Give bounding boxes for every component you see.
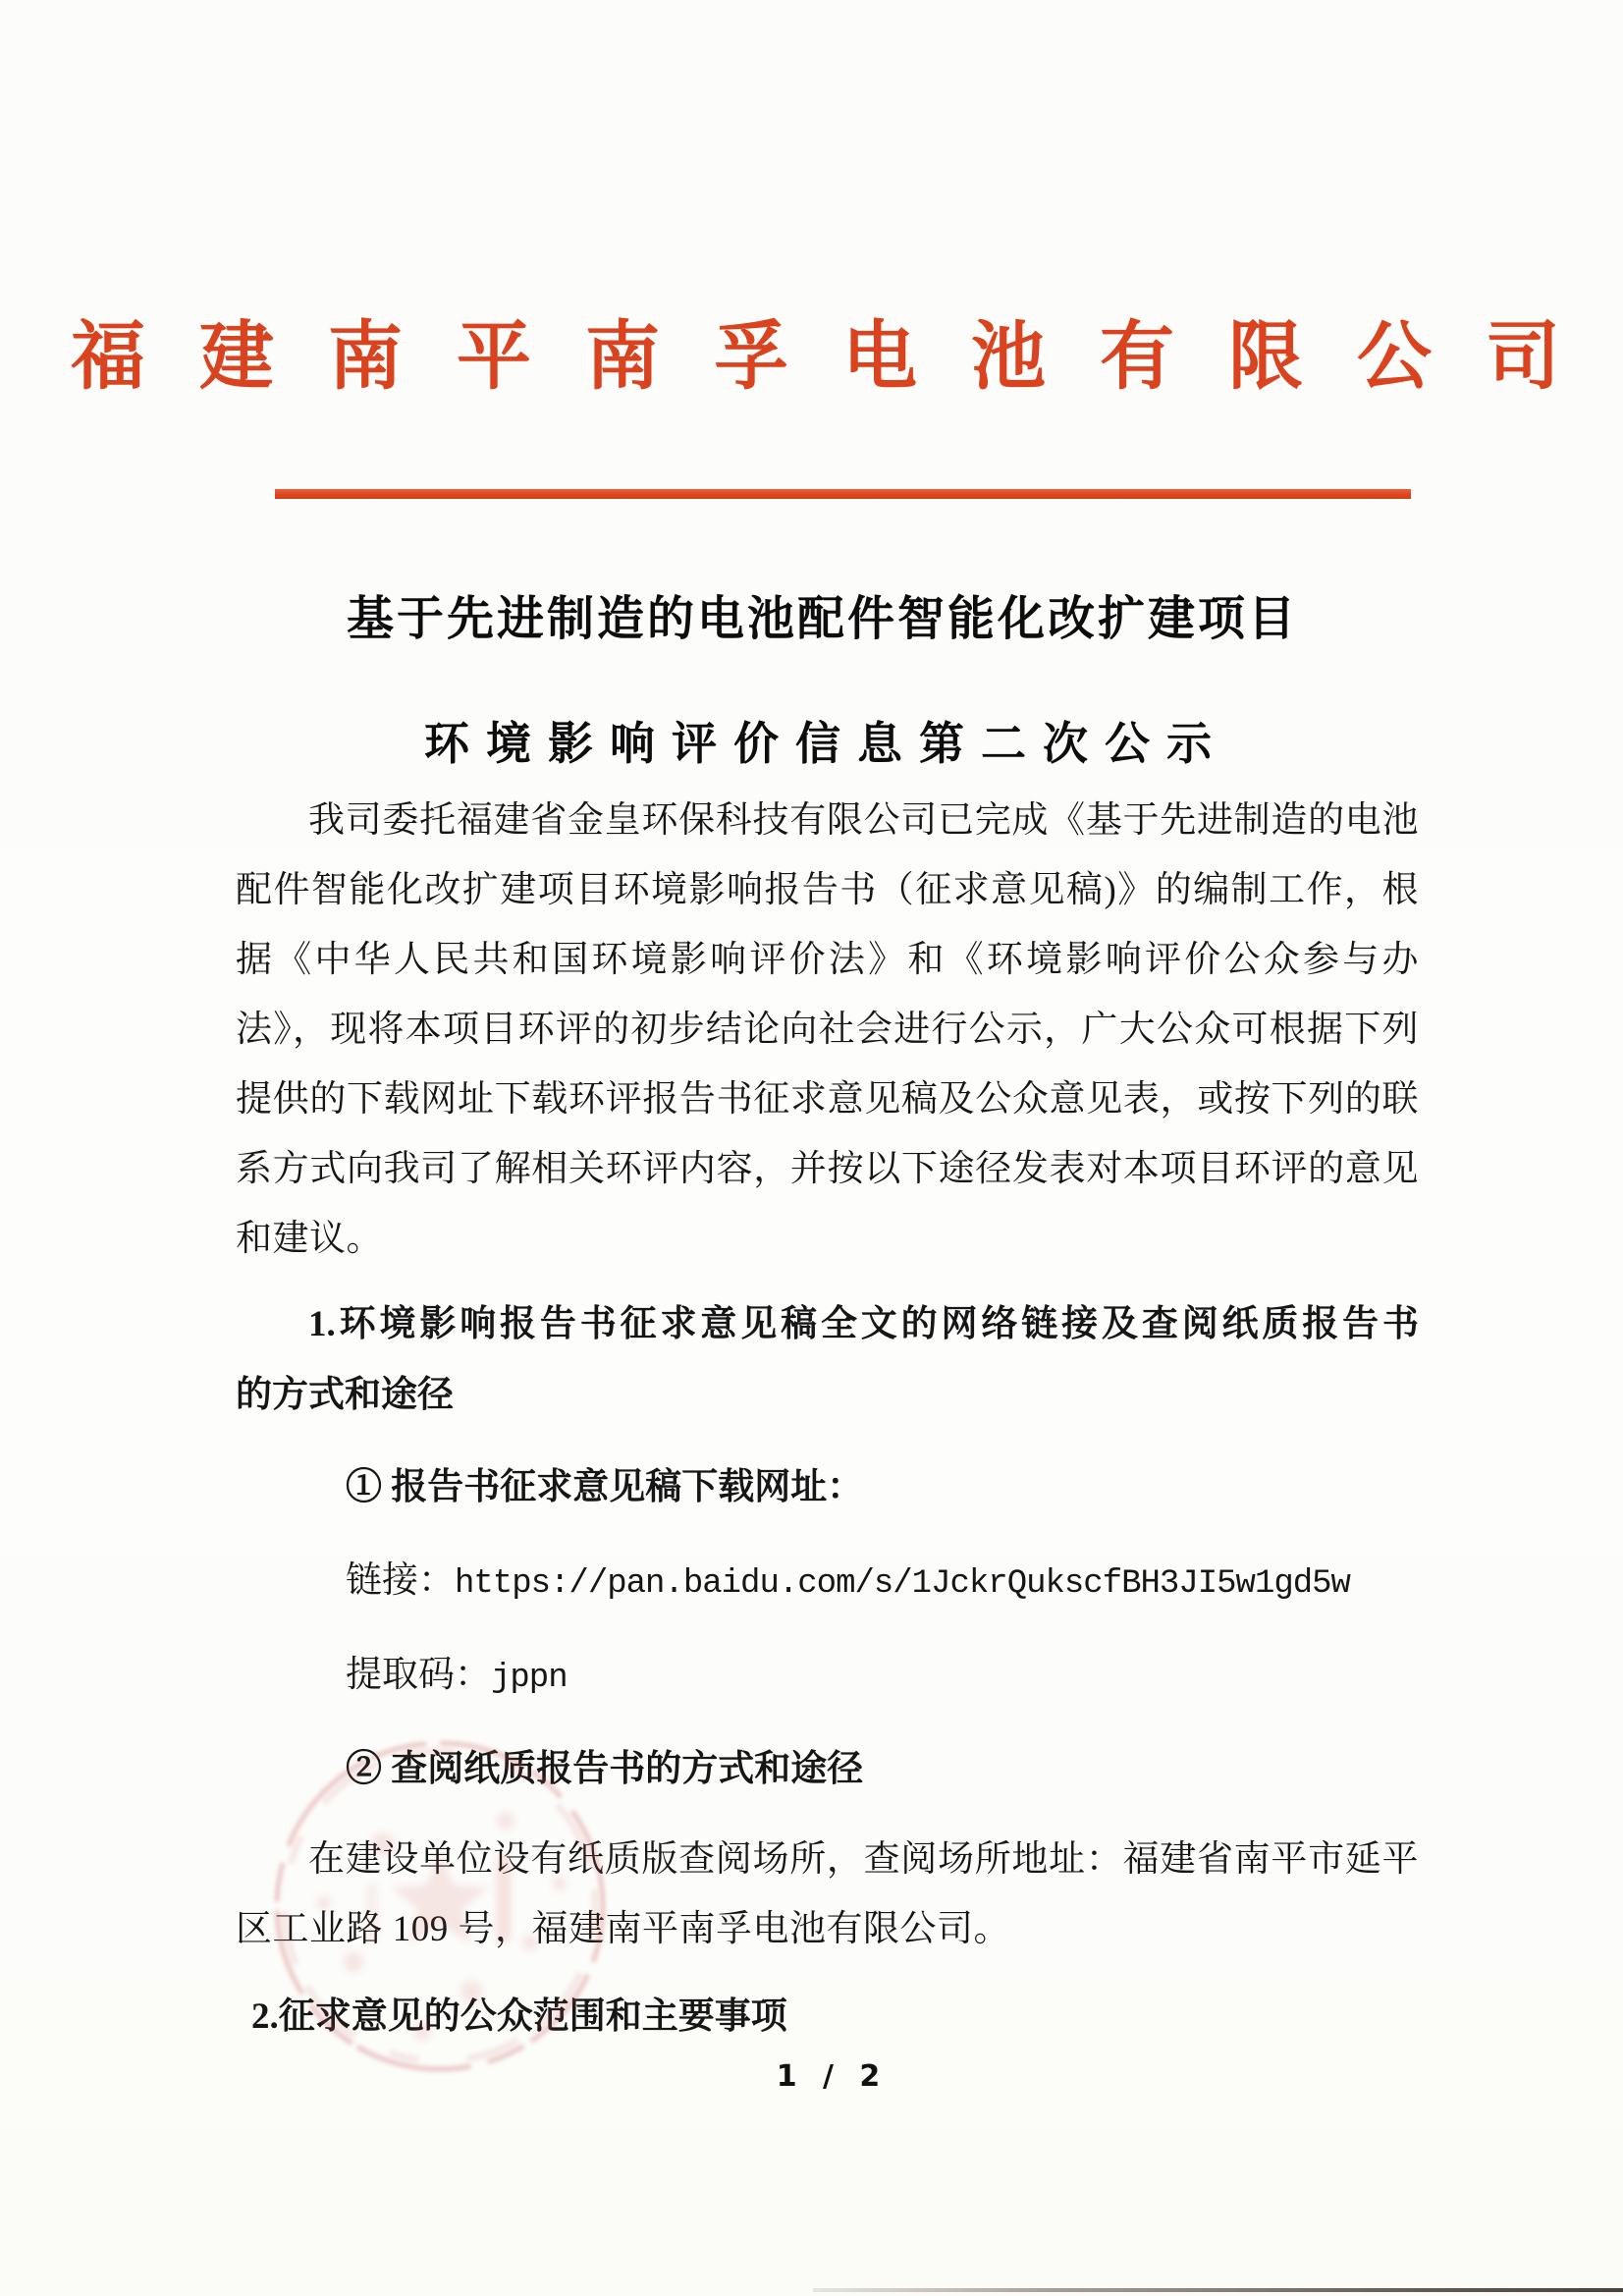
code-value: jppn — [491, 1660, 568, 1697]
link-url: https://pan.baidu.com/s/1JckrQukscfBH3JI… — [455, 1565, 1350, 1603]
intro-paragraph: 我司委托福建省金皇环保科技有限公司已完成《基于先进制造的电池配件智能化改扩建项目… — [236, 786, 1419, 1274]
extraction-code-line: 提取码：jppn — [346, 1640, 1419, 1714]
code-label: 提取码： — [346, 1655, 491, 1695]
section-1-heading: 1.环境影响报告书征求意见稿全文的网络链接及查阅纸质报告书 — [236, 1289, 1419, 1360]
document-body: 我司委托福建省金皇环保科技有限公司已完成《基于先进制造的电池配件智能化改扩建项目… — [236, 786, 1419, 2052]
download-link-line: 链接：https://pan.baidu.com/s/1JckrQukscfBH… — [346, 1546, 1419, 1619]
doc-title-line-2: 环境影响评价信息第二次公示 — [0, 717, 1623, 772]
header-rule — [275, 489, 1411, 499]
section-1-heading-continuation: 的方式和途径 — [236, 1360, 1419, 1431]
link-label: 链接： — [346, 1560, 455, 1601]
page-number: 1 / 2 — [0, 2058, 1623, 2096]
item-1-download-label: ① 报告书征求意见稿下载网址： — [346, 1452, 1419, 1522]
section-2-heading: 2.征求意见的公众范围和主要事项 — [236, 1982, 1419, 2052]
company-name-header: 福 建 南 平 南 孚 电 池 有 限 公 司 — [0, 0, 1623, 412]
document-page: 福 建 南 平 南 孚 电 池 有 限 公 司 基于先进制造的电池配件智能化改扩… — [0, 0, 1623, 2296]
item-2-paper-review-label: ② 查阅纸质报告书的方式和途径 — [346, 1734, 1419, 1804]
doc-title-line-1: 基于先进制造的电池配件智能化改扩建项目 — [0, 591, 1623, 648]
paper-review-paragraph: 在建设单位设有纸质版查阅场所，查阅场所地址：福建省南平市延平区工业路 109 号… — [236, 1825, 1419, 1964]
scan-edge-artifact — [813, 2288, 1623, 2292]
